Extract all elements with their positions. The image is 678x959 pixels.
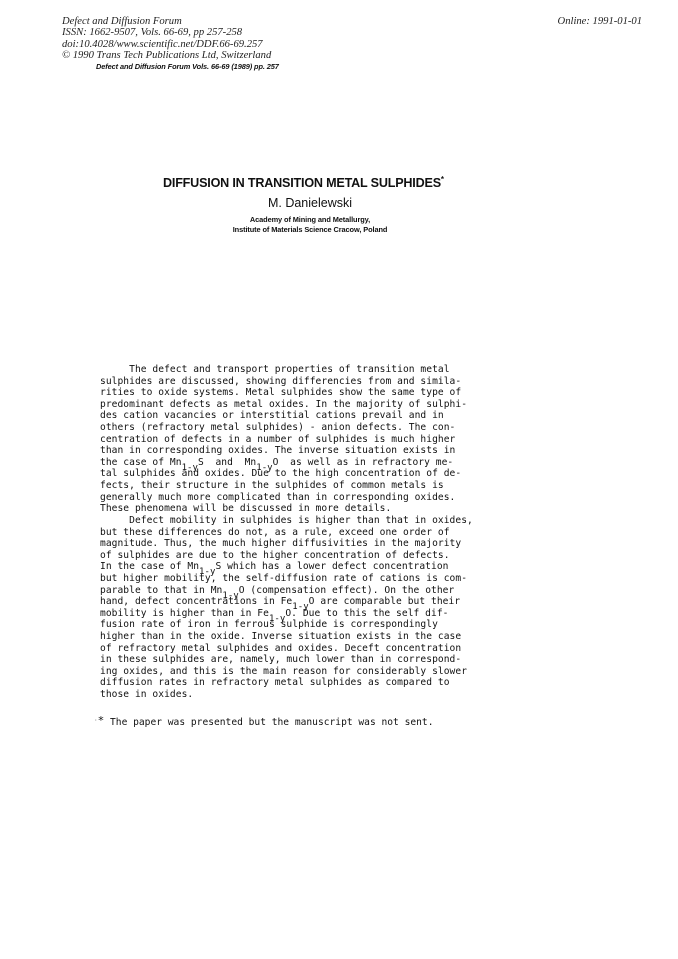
body-text-run: fects, their structure in the sulphides … xyxy=(100,480,444,491)
affiliation-line: Academy of Mining and Metallurgy, xyxy=(0,215,620,225)
body-line: des cation vacancies or interstitial cat… xyxy=(100,410,473,422)
body-text-run: parable to that in Mn xyxy=(100,585,222,596)
affiliation-line: Institute of Materials Science Cracow, P… xyxy=(0,225,620,235)
body-line: In the case of Mn1-yS which has a lower … xyxy=(100,561,473,573)
body-line: of refractory metal sulphides and oxides… xyxy=(100,643,473,655)
body-line: others (refractory metal sulphides) - an… xyxy=(100,422,473,434)
body-line: than in corresponding oxides. The invers… xyxy=(100,445,473,457)
author-affiliation: Academy of Mining and Metallurgy, Instit… xyxy=(0,215,620,234)
body-line: mobility is higher than in Fe1-yO. Due t… xyxy=(100,608,473,620)
body-line: parable to that in Mn1-yO (compensation … xyxy=(100,585,473,597)
body-text-run: than in corresponding oxides. The invers… xyxy=(100,445,455,456)
body-text-run: The defect and transport properties of t… xyxy=(100,364,450,375)
body-text-run: S which has a lower defect concentration xyxy=(215,561,448,572)
body-line: fusion rate of iron in ferrous sulphide … xyxy=(100,619,473,631)
body-text-run: O (compensation effect). On the other xyxy=(239,585,455,596)
body-text-run: but higher mobility, the self-diffusion … xyxy=(100,573,467,584)
body-line: ing oxides, and this is the main reason … xyxy=(100,666,473,678)
body-line: those in oxides. xyxy=(100,689,473,701)
journal-name: Defect and Diffusion Forum xyxy=(62,16,271,27)
body-text-run: but these differences do not, as a rule,… xyxy=(100,527,450,538)
body-text-run: hand, defect concentrations in Fe xyxy=(100,596,292,607)
body-line: tal sulphides and oxides. Due to the hig… xyxy=(100,468,473,480)
body-line: but higher mobility, the self-diffusion … xyxy=(100,573,473,585)
footnote-text: The paper was presented but the manuscri… xyxy=(104,717,433,728)
body-text-run: the case of Mn xyxy=(100,457,182,468)
body-text-run: O as well as in refractory me- xyxy=(273,457,454,468)
body-line: diffusion rates in refractory metal sulp… xyxy=(100,677,473,689)
body-text-run: mobility is higher than in Fe xyxy=(100,608,269,619)
abstract-body: The defect and transport properties of t… xyxy=(100,364,473,701)
body-text-run: In the case of Mn xyxy=(100,561,199,572)
issn-line: ISSN: 1662-9507, Vols. 66-69, pp 257-258 xyxy=(62,27,271,38)
body-text-run: tal sulphides and oxides. Due to the hig… xyxy=(100,468,461,479)
body-line: rities to oxide systems. Metal sulphides… xyxy=(100,387,473,399)
footnote-mark: * xyxy=(98,714,105,727)
body-text-run: magnitude. Thus, the much higher diffusi… xyxy=(100,538,461,549)
body-text-run: higher than in the oxide. Inverse situat… xyxy=(100,631,461,642)
body-text-run: O. Due to this the self dif- xyxy=(285,608,448,619)
footnote: ·* The paper was presented but the manus… xyxy=(94,715,433,728)
journal-running-header: Defect and Diffusion Forum Vols. 66-69 (… xyxy=(96,62,279,71)
body-line: These phenomena will be discussed in mor… xyxy=(100,503,473,515)
body-line: hand, defect concentrations in Fe1-yO ar… xyxy=(100,596,473,608)
body-text-run: rities to oxide systems. Metal sulphides… xyxy=(100,387,461,398)
body-text-run: predominant defects as metal oxides. In … xyxy=(100,399,467,410)
body-line: higher than in the oxide. Inverse situat… xyxy=(100,631,473,643)
body-text-run: diffusion rates in refractory metal sulp… xyxy=(100,677,450,688)
body-line: the case of Mn1-yS and Mn1-yO as well as… xyxy=(100,457,473,469)
body-line: centration of defects in a number of sul… xyxy=(100,434,473,446)
body-line: sulphides are discussed, showing differe… xyxy=(100,376,473,388)
publication-metadata: Defect and Diffusion Forum ISSN: 1662-95… xyxy=(62,16,271,62)
body-text-run: These phenomena will be discussed in mor… xyxy=(100,503,391,514)
body-text-run: generally much more complicated than in … xyxy=(100,492,455,503)
body-line: Defect mobility in sulphides is higher t… xyxy=(100,515,473,527)
paper-title: DIFFUSION IN TRANSITION METAL SULPHIDES* xyxy=(163,175,444,190)
body-text-run: in these sulphides are, namely, much low… xyxy=(100,654,461,665)
body-line: generally much more complicated than in … xyxy=(100,492,473,504)
online-date: Online: 1991-01-01 xyxy=(558,16,642,27)
body-line: in these sulphides are, namely, much low… xyxy=(100,654,473,666)
body-text-run: others (refractory metal sulphides) - an… xyxy=(100,422,455,433)
body-text-run: fusion rate of iron in ferrous sulphide … xyxy=(100,619,438,630)
body-line: fects, their structure in the sulphides … xyxy=(100,480,473,492)
body-line: The defect and transport properties of t… xyxy=(100,364,473,376)
body-line: of sulphides are due to the higher conce… xyxy=(100,550,473,562)
doi-line: doi:10.4028/www.scientific.net/DDF.66-69… xyxy=(62,39,271,50)
author-name: M. Danielewski xyxy=(0,196,620,210)
body-line: but these differences do not, as a rule,… xyxy=(100,527,473,539)
copyright-line: © 1990 Trans Tech Publications Ltd, Swit… xyxy=(62,50,271,61)
body-line: predominant defects as metal oxides. In … xyxy=(100,399,473,411)
body-text-run: Defect mobility in sulphides is higher t… xyxy=(100,515,473,526)
paper-title-text: DIFFUSION IN TRANSITION METAL SULPHIDES xyxy=(163,176,441,190)
body-text-run: those in oxides. xyxy=(100,689,193,700)
body-text-run: des cation vacancies or interstitial cat… xyxy=(100,410,444,421)
body-line: magnitude. Thus, the much higher diffusi… xyxy=(100,538,473,550)
body-text-run: O are comparable but their xyxy=(309,596,460,607)
body-text-run: ing oxides, and this is the main reason … xyxy=(100,666,467,677)
title-footnote-mark: * xyxy=(441,175,444,184)
body-text-run: S and Mn xyxy=(198,457,256,468)
body-text-run: centration of defects in a number of sul… xyxy=(100,434,455,445)
body-text-run: of refractory metal sulphides and oxides… xyxy=(100,643,461,654)
body-text-run: of sulphides are due to the higher conce… xyxy=(100,550,450,561)
body-text-run: sulphides are discussed, showing differe… xyxy=(100,376,461,387)
